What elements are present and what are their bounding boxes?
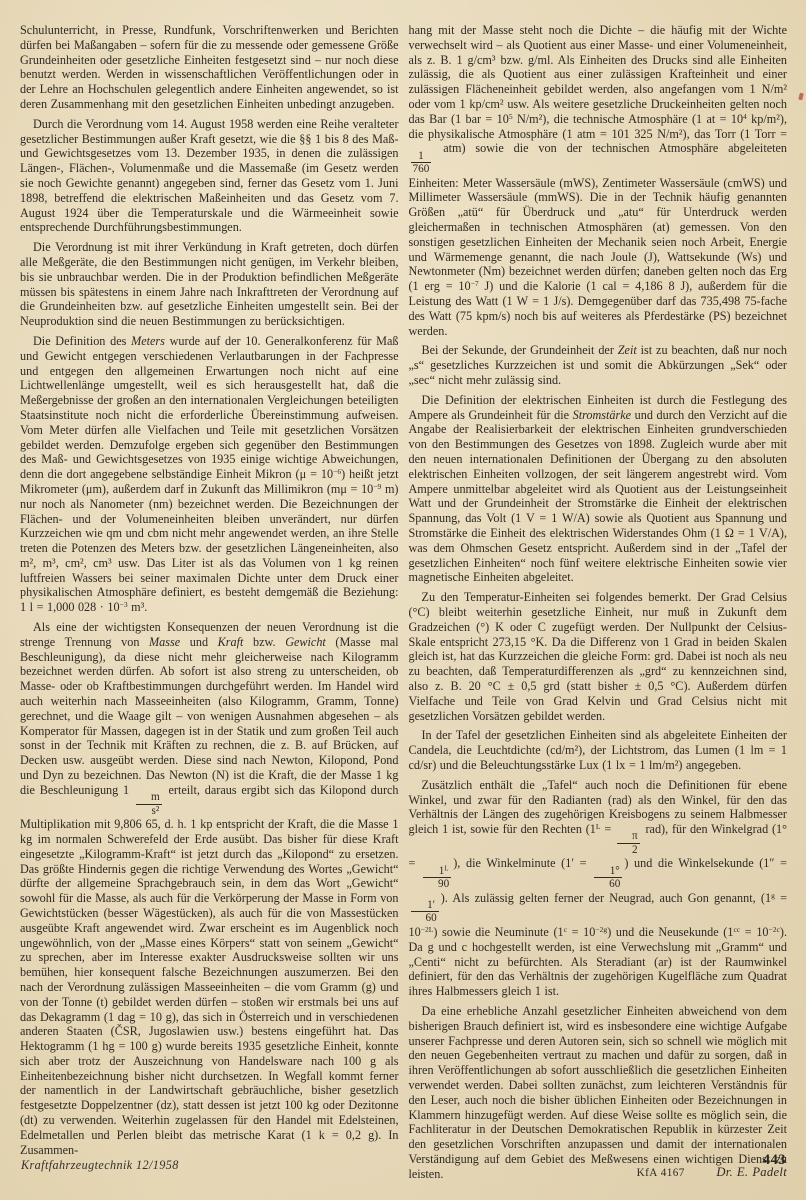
two-column-text-block: Schulunterricht, in Presse, Rundfunk, Vo… xyxy=(20,23,787,1187)
page-number: 443 xyxy=(763,1152,786,1169)
paragraph-right-3: Die Definition der elektrischen Einheite… xyxy=(409,393,788,585)
closing-paragraph-text: Da eine erhebliche Anzahl gesetzlicher E… xyxy=(409,1004,788,1181)
paragraph-right-6: Zusätzlich enthält die „Tafel“ auch noch… xyxy=(409,778,788,999)
article-credit: KfA 4167 xyxy=(637,1167,685,1179)
paragraph-right-1: hang mit der Masse steht noch die Dichte… xyxy=(409,23,788,338)
journal-footer: Kraftfahrzeugtechnik 12/1958 xyxy=(21,1158,179,1173)
paragraph-right-7: Da eine erhebliche Anzahl gesetzlicher E… xyxy=(409,1004,788,1182)
left-column: Schulunterricht, in Presse, Rundfunk, Vo… xyxy=(20,23,399,1187)
ink-speck xyxy=(798,93,804,101)
right-column: hang mit der Masse steht noch die Dichte… xyxy=(409,23,788,1187)
paragraph-left-1: Schulunterricht, in Presse, Rundfunk, Vo… xyxy=(20,23,399,112)
paragraph-right-4: Zu den Temperatur-Einheiten sei folgende… xyxy=(409,590,788,723)
paragraph-right-2: Bei der Sekunde, der Grundeinheit der Ze… xyxy=(409,343,788,387)
paragraph-left-5: Als eine der wichtigsten Konsequenzen de… xyxy=(20,620,399,1157)
paragraph-right-5: In der Tafel der gesetzlichen Einheiten … xyxy=(409,728,788,772)
journal-page-scan: Schulunterricht, in Presse, Rundfunk, Vo… xyxy=(0,0,806,1200)
paragraph-left-2: Durch die Verordnung vom 14. August 1958… xyxy=(20,117,399,235)
paragraph-left-3: Die Verordnung ist mit ihrer Verkündung … xyxy=(20,240,399,329)
paragraph-left-4: Die Definition des Meters wurde auf der … xyxy=(20,334,399,615)
